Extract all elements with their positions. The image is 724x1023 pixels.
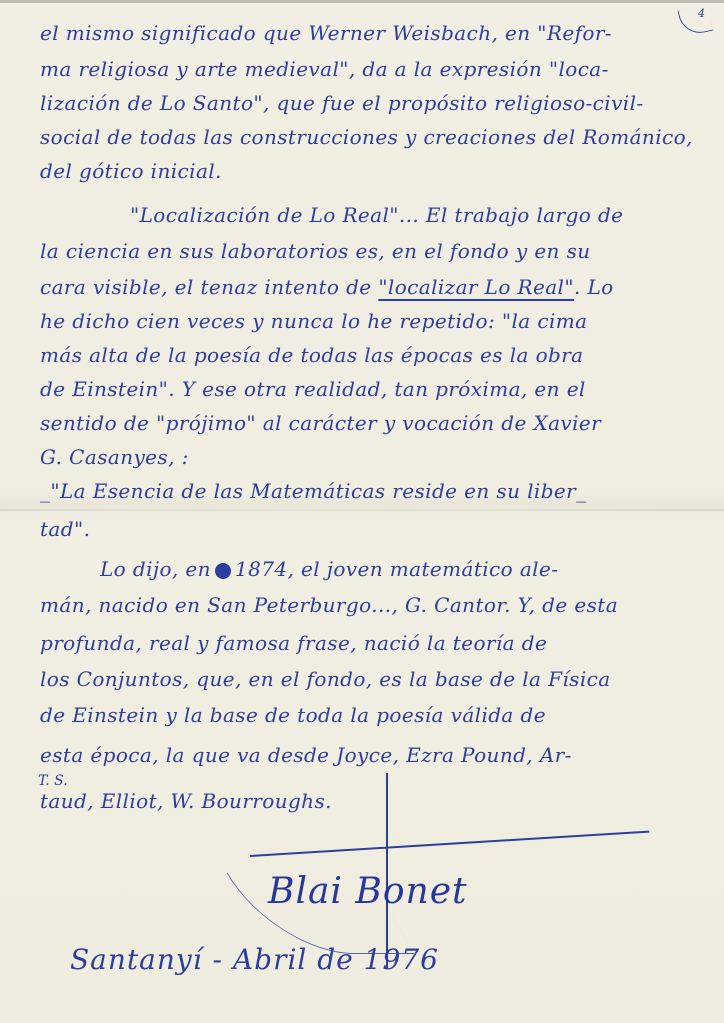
- text-line-19: los Conjuntos, que, en el fondo, es la b…: [40, 667, 611, 691]
- text-line-8: cara visible, el tenaz intento de "local…: [40, 275, 614, 299]
- signature-flourish-horizontal: [250, 831, 649, 857]
- text-line-12: sentido de "prójimo" al carácter y vocac…: [40, 411, 601, 435]
- text-line-20: de Einstein y la base de toda la poesía …: [40, 703, 546, 727]
- page-number-mark: [678, 4, 714, 37]
- text-line-3: lización de Lo Santo", que fue el propós…: [40, 91, 644, 115]
- text-line-11: de Einstein". Y ese otra realidad, tan p…: [40, 377, 586, 401]
- text-line-7: la ciencia en sus laboratorios es, en el…: [40, 239, 591, 263]
- insertion-note: T. S.: [38, 773, 68, 789]
- text-line-16-end: 1874, el joven matemático ale-: [235, 557, 558, 581]
- underlined-phrase: "localizar Lo Real": [378, 275, 574, 299]
- text-line-17: mán, nacido en San Peterburgo..., G. Can…: [40, 593, 618, 617]
- page-number: 4: [698, 7, 705, 20]
- text-line-18: profunda, real y famosa frase, nació la …: [40, 631, 547, 655]
- text-line-1: el mismo significado que Werner Weisbach…: [40, 21, 612, 45]
- text-line-9: he dicho cien veces y nunca lo he repeti…: [40, 309, 587, 333]
- letter-page: 4 el mismo significado que Werner Weisba…: [0, 0, 724, 1023]
- text-line-14: _"La Esencia de las Matemáticas reside e…: [40, 479, 587, 503]
- text-line-8-end: . Lo: [574, 275, 614, 299]
- text-line-21: esta época, la que va desde Joyce, Ezra …: [40, 743, 572, 767]
- text-line-22: taud, Elliot, W. Bourroughs.: [40, 789, 332, 813]
- text-line-13: G. Casanyes, :: [40, 445, 189, 469]
- text-line-10: más alta de la poesía de todas las época…: [40, 343, 584, 367]
- paper-fold-crease: [0, 509, 724, 511]
- text-line-6: "Localización de Lo Real"... El trabajo …: [130, 203, 623, 227]
- signature: Blai Bonet: [268, 871, 467, 912]
- text-line-4: social de todas las construcciones y cre…: [40, 125, 693, 149]
- text-line-15: tad".: [40, 517, 90, 541]
- place-and-date: Santanyí - Abril de 1976: [70, 943, 439, 976]
- ink-blot-icon: [215, 563, 231, 579]
- text-line-16-start: Lo dijo, en: [100, 557, 211, 581]
- text-line-5: del gótico inicial.: [40, 159, 222, 183]
- text-line-2: ma religiosa y arte medieval", da a la e…: [40, 57, 609, 81]
- text-line-8-start: cara visible, el tenaz intento de: [40, 275, 378, 299]
- text-line-16: Lo dijo, en1874, el joven matemático ale…: [100, 557, 558, 581]
